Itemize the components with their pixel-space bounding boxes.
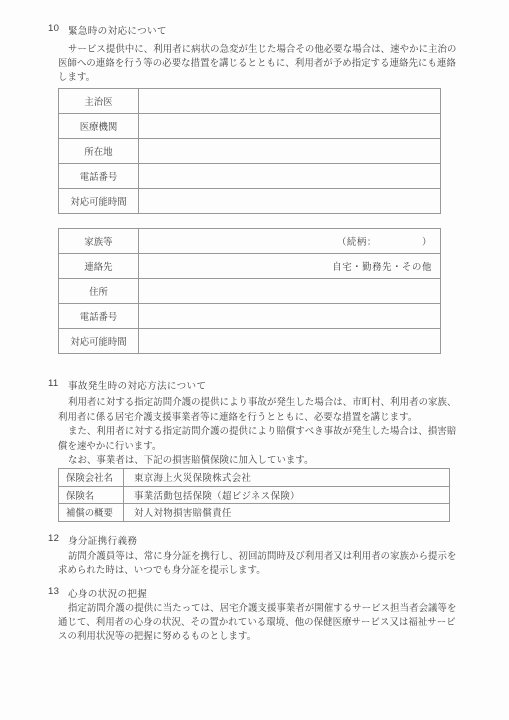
- paragraph-line: 指定訪問介護の提供に当たっては、居宅介護支援事業者が開催するサービス担当者会議等…: [58, 601, 462, 615]
- section-10-heading: 10 緊急時の対応について: [48, 23, 167, 37]
- paragraph-line: サービス提供中に、利用者に病状の急変が生じた場合その他必要な場合は、速やかに主治…: [58, 42, 462, 56]
- row-value: [139, 114, 441, 139]
- table-row: 保険名 事業活動包括保険（超ビジネス保険）: [59, 486, 450, 504]
- table-row: 保険会社名 東京海上火災保険株式会社: [59, 469, 450, 487]
- section-13-heading: 13 心身の状況の把握: [48, 586, 147, 600]
- section-title: 事故発生時の対応方法について: [68, 378, 206, 392]
- paragraph-line: スの利用状況等の把握に努めるものとします。: [58, 629, 462, 643]
- row-value: 事業活動包括保険（超ビジネス保険）: [124, 486, 450, 504]
- paragraph-line: 償を速やかに行います。: [58, 439, 462, 454]
- scanned-document-page: 10 緊急時の対応について サービス提供中に、利用者に病状の急変が生じた場合その…: [0, 0, 509, 720]
- table-row: 電話番号: [59, 164, 441, 189]
- table-row: 対応可能時間: [59, 189, 441, 214]
- table-row: 所在地: [59, 139, 441, 164]
- insurance-table: 保険会社名 東京海上火災保険株式会社 保険名 事業活動包括保険（超ビジネス保険）…: [58, 468, 450, 522]
- row-value: [139, 139, 441, 164]
- section-11-paragraph: 利用者に対する指定訪問介護の提供により事故が発生した場合は、市町村、利用者の家族…: [58, 395, 462, 468]
- section-title: 心身の状況の把握: [68, 586, 147, 600]
- family-contact-table: 家族等 （続柄： ） 連絡先 自宅・勤務先・その他 住所 電話番号 対応可能時間: [58, 228, 441, 354]
- row-label: 保険名: [59, 486, 124, 504]
- table-row: 対応可能時間: [59, 329, 441, 354]
- paragraph-line: 利用者に対する指定訪問介護の提供により事故が発生した場合は、市町村、利用者の家族…: [58, 395, 462, 410]
- paragraph-line: 訪問介護員等は、常に身分証を携行し、初回訪問時及び利用者又は利用者の家族から提示…: [58, 549, 462, 563]
- section-10-paragraph: サービス提供中に、利用者に病状の急変が生じた場合その他必要な場合は、速やかに主治…: [58, 42, 462, 84]
- section-title: 緊急時の対応について: [68, 23, 167, 37]
- row-value: [139, 89, 441, 114]
- paragraph-line: なお、事業者は、下記の損害賠償保険に加入しています。: [58, 453, 462, 468]
- row-value: [139, 164, 441, 189]
- section-number: 10: [48, 23, 68, 37]
- row-label: 保険会社名: [59, 469, 124, 487]
- row-label: 医療機関: [59, 114, 139, 139]
- row-value: 自宅・勤務先・その他: [139, 254, 441, 279]
- section-11-heading: 11 事故発生時の対応方法について: [48, 378, 206, 392]
- row-label: 対応可能時間: [59, 189, 139, 214]
- paragraph-line: 医師への連絡を行う等の必要な措置を講じるとともに、利用者が予め指定する連絡先にも…: [58, 56, 462, 70]
- row-value: [139, 329, 441, 354]
- section-number: 11: [48, 378, 68, 392]
- row-label: 家族等: [59, 229, 139, 254]
- row-label: 連絡先: [59, 254, 139, 279]
- table-row: 補償の概要 対人対物損害賠償責任: [59, 504, 450, 522]
- section-13-paragraph: 指定訪問介護の提供に当たっては、居宅介護支援事業者が開催するサービス担当者会議等…: [58, 601, 462, 643]
- row-value: [139, 189, 441, 214]
- row-label: 住所: [59, 279, 139, 304]
- row-value: [139, 304, 441, 329]
- table-row: 住所: [59, 279, 441, 304]
- paragraph-line: 求められた時は、いつでも身分証を提示します。: [58, 563, 462, 577]
- row-label: 主治医: [59, 89, 139, 114]
- paragraph-line: します。: [58, 70, 462, 84]
- table-row: 家族等 （続柄： ）: [59, 229, 441, 254]
- section-number: 12: [48, 533, 68, 547]
- section-12-heading: 12 身分証携行義務: [48, 533, 137, 547]
- doctor-contact-table: 主治医 医療機関 所在地 電話番号 対応可能時間: [58, 88, 441, 214]
- paragraph-line: 利用者に係る居宅介護支援事業者等に連絡を行うとともに、必要な措置を講じます。: [58, 410, 462, 425]
- section-number: 13: [48, 586, 68, 600]
- table-row: 連絡先 自宅・勤務先・その他: [59, 254, 441, 279]
- paragraph-line: 通じて、利用者の心身の状況、その置かれている環境、他の保健医療サービス又は福祉サ…: [58, 615, 462, 629]
- row-value: 東京海上火災保険株式会社: [124, 469, 450, 487]
- row-value: 対人対物損害賠償責任: [124, 504, 450, 522]
- table-row: 医療機関: [59, 114, 441, 139]
- row-value: [139, 279, 441, 304]
- section-title: 身分証携行義務: [68, 533, 137, 547]
- row-label: 電話番号: [59, 164, 139, 189]
- row-label: 対応可能時間: [59, 329, 139, 354]
- table-row: 電話番号: [59, 304, 441, 329]
- row-label: 補償の概要: [59, 504, 124, 522]
- row-label: 電話番号: [59, 304, 139, 329]
- paragraph-line: また、利用者に対する指定訪問介護の提供により賠償すべき事故が発生した場合は、損害…: [58, 424, 462, 439]
- row-value: （続柄： ）: [139, 229, 441, 254]
- row-label: 所在地: [59, 139, 139, 164]
- section-12-paragraph: 訪問介護員等は、常に身分証を携行し、初回訪問時及び利用者又は利用者の家族から提示…: [58, 549, 462, 577]
- table-row: 主治医: [59, 89, 441, 114]
